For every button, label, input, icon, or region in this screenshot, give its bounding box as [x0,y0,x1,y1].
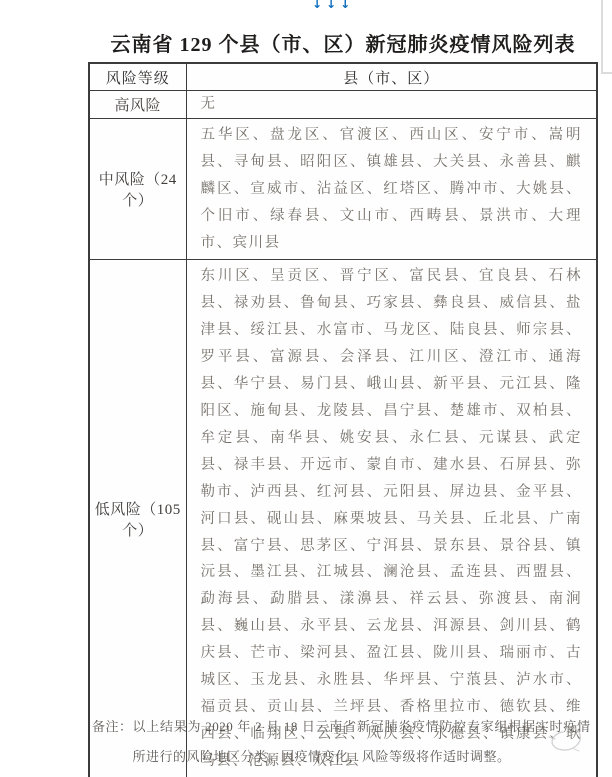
footnote: 备注： 以上结果为 2020 年 2 月 18 日云南省新冠肺炎疫情防控专家组根… [92,712,598,772]
top-right-frame-edge [601,0,612,74]
risk-level-label: 中风险（24个） [89,118,186,260]
risk-level-label: 高风险 [89,91,186,119]
down-arrows-icon: ↓↓↓ [312,0,354,10]
table-row-low-risk: 低风险（105 个） 东川区、呈贡区、晋宁区、富民县、宜良县、石林县、禄劝县、鲁… [89,260,597,777]
document-page: ↓↓↓ 云南省 129 个县（市、区）新冠肺炎疫情风险列表 风险等级 县（市、区… [0,0,612,777]
table-row-high-risk: 高风险 无 [89,91,597,119]
col-header-risk-level: 风险等级 [89,63,186,91]
col-header-counties: 县（市、区） [186,63,597,91]
footnote-text: 以上结果为 2020 年 2 月 18 日云南省新冠肺炎疫情防控专家组根据实时疫… [133,712,591,772]
county-list: 五华区、盘龙区、官渡区、西山区、安宁市、嵩明县、寻甸县、昭阳区、镇雄县、大关县、… [186,118,597,260]
risk-level-label: 低风险（105 个） [89,260,186,777]
county-list: 无 [186,91,597,119]
county-list: 东川区、呈贡区、晋宁区、富民县、宜良县、石林县、禄劝县、鲁甸县、巧家县、彝良县、… [186,260,597,777]
table-row-medium-risk: 中风险（24个） 五华区、盘龙区、官渡区、西山区、安宁市、嵩明县、寻甸县、昭阳区… [89,118,597,260]
risk-table: 风险等级 县（市、区） 高风险 无 中风险（24个） 五华区、盘龙区、官渡区、西… [88,62,598,777]
footnote-label: 备注： [92,712,133,742]
page-title: 云南省 129 个县（市、区）新冠肺炎疫情风险列表 [88,28,598,57]
faint-scribble-watermark [543,720,587,758]
table-header-row: 风险等级 县（市、区） [89,63,597,91]
